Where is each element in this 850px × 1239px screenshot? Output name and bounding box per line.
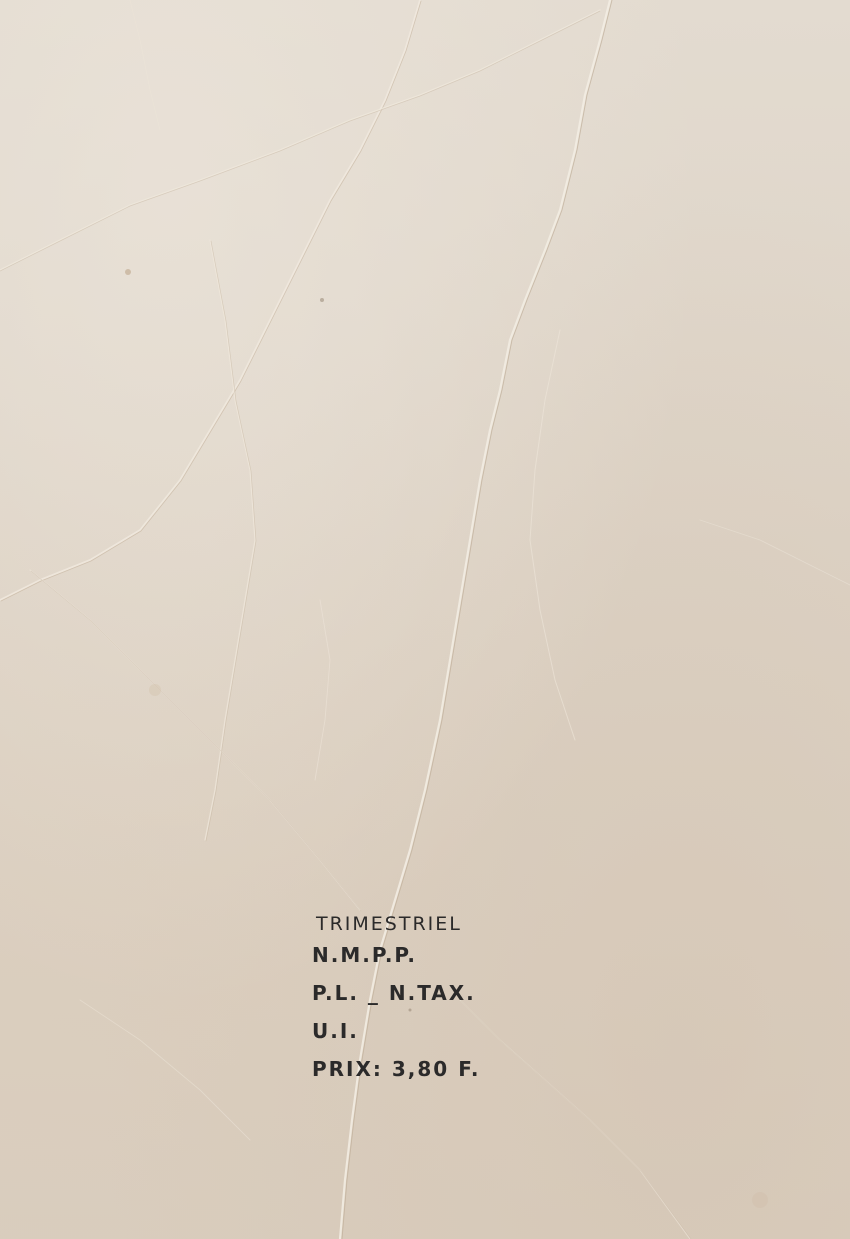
ui-label: U.I.: [312, 1012, 481, 1050]
publication-imprint: TRIMESTRIEL N.M.P.P. P.L. _ N.TAX. U.I. …: [312, 912, 481, 1088]
frequency-label: TRIMESTRIEL: [316, 912, 481, 936]
tax-label: P.L. _ N.TAX.: [312, 974, 481, 1012]
distributor-label: N.M.P.P.: [312, 936, 481, 974]
price-label: PRIX: 3,80 F.: [312, 1050, 481, 1088]
